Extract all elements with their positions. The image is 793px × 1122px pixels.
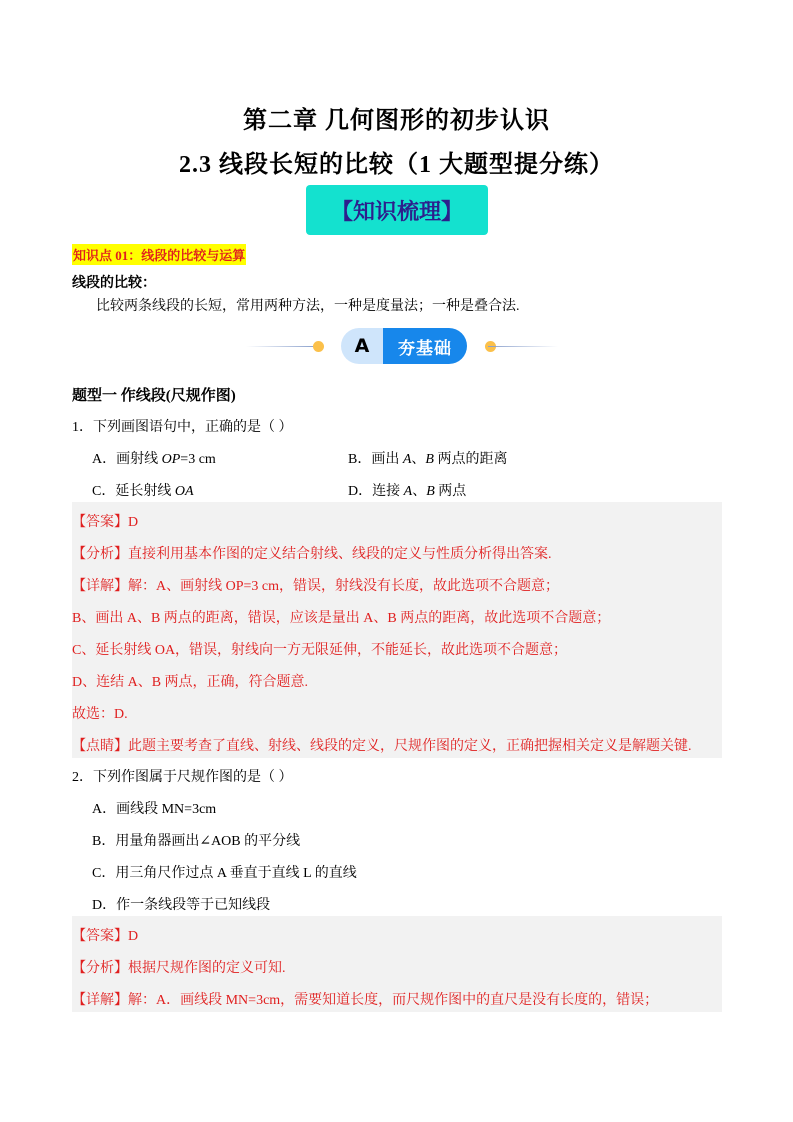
option-rest: 两点的距离: [434, 452, 508, 467]
choice-line: 故选：D.: [72, 703, 128, 723]
comment-line: 【点睛】此题主要考查了直线、射线、线段的定义，尺规作图的定义，正确把握相关定义是…: [72, 735, 692, 755]
knowledge-subtitle: 线段的比较：: [72, 272, 156, 292]
divider-line-right: [488, 346, 558, 347]
question-1-option-a: A．画射线 OP=3 cm: [92, 448, 216, 468]
detail-line: 【详解】解：A．画线段 MN=3cm，需要知道长度，而尺规作图中的直尺是没有长度…: [72, 989, 658, 1009]
level-pill: A 夯基础: [341, 328, 467, 364]
section-title: 2.3 线段长短的比较（1 大题型提分练）: [0, 144, 793, 179]
chapter-title: 第二章 几何图形的初步认识: [0, 100, 793, 135]
detail-line: 【详解】解：A、画射线 OP=3 cm，错误，射线没有长度，故此选项不合题意；: [72, 575, 559, 595]
option-math: B: [426, 484, 435, 499]
question-1-stem: 1．下列画图语句中，正确的是（ ）: [72, 416, 293, 436]
option-sep: 、: [412, 484, 426, 499]
option-math: OP: [162, 452, 181, 467]
knowledge-point-label: 知识点 01：线段的比较与运算: [72, 244, 246, 265]
option-label: B．画出: [348, 452, 403, 467]
level-letter: A: [341, 328, 383, 364]
level-label: 夯基础: [383, 328, 467, 364]
detail-line: D、连结 A、B 两点，正确，符合题意.: [72, 671, 308, 691]
question-2-option-b: B．用量角器画出∠AOB 的平分线: [92, 830, 300, 850]
question-2-solution-box: 【答案】D 【分析】根据尺规作图的定义可知. 【详解】解：A．画线段 MN=3c…: [72, 916, 722, 1012]
analysis-line: 【分析】根据尺规作图的定义可知.: [72, 957, 286, 977]
option-rest: =3 cm: [180, 452, 216, 467]
knowledge-paragraph: 比较两条线段的长短，常用两种方法，一种是度量法；一种是叠合法.: [96, 295, 520, 315]
answer-line: 【答案】D: [72, 925, 138, 945]
level-banner: A 夯基础: [246, 326, 558, 366]
dot-icon-left: [313, 341, 324, 352]
question-2-option-a: A．画线段 MN=3cm: [92, 798, 216, 818]
option-math: OA: [175, 484, 194, 499]
option-math: B: [425, 452, 434, 467]
question-2-option-c: C．用三角尺作过点 A 垂直于直线 L 的直线: [92, 862, 357, 882]
question-type-title: 题型一 作线段(尺规作图): [72, 384, 236, 405]
question-1-option-b: B．画出 A、B 两点的距离: [348, 448, 507, 468]
analysis-line: 【分析】直接利用基本作图的定义结合射线、线段的定义与性质分析得出答案.: [72, 543, 552, 563]
option-label: D．连接: [348, 484, 404, 499]
question-1-option-d: D．连接 A、B 两点: [348, 480, 466, 500]
knowledge-summary-badge: 【知识梳理】: [306, 185, 488, 235]
divider-line-left: [246, 346, 316, 347]
option-label: C．延长射线: [92, 484, 175, 499]
option-rest: 两点: [435, 484, 467, 499]
question-2-option-d: D．作一条线段等于已知线段: [92, 894, 270, 914]
question-2-stem: 2．下列作图属于尺规作图的是（ ）: [72, 766, 293, 786]
question-1-solution-box: 【答案】D 【分析】直接利用基本作图的定义结合射线、线段的定义与性质分析得出答案…: [72, 502, 722, 758]
answer-line: 【答案】D: [72, 511, 138, 531]
detail-line: C、延长射线 OA，错误，射线向一方无限延伸，不能延长，故此选项不合题意；: [72, 639, 567, 659]
question-1-option-c: C．延长射线 OA: [92, 480, 194, 500]
detail-line: B、画出 A、B 两点的距离，错误，应该是量出 A、B 两点的距离，故此选项不合…: [72, 607, 610, 627]
option-sep: 、: [411, 452, 425, 467]
option-math: A: [404, 484, 413, 499]
option-label: A．画射线: [92, 452, 162, 467]
